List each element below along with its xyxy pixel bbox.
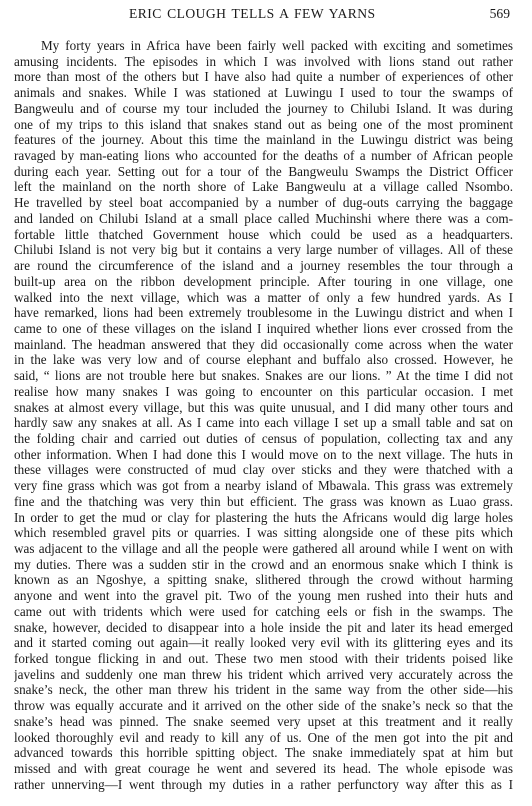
text-line: in the lake was very low and of course e… bbox=[14, 352, 513, 368]
text-line: and landed on Chilubi Island at a small … bbox=[14, 211, 513, 227]
document-page: ERIC CLOUGH TELLS A FEW YARNS 569 My for… bbox=[0, 0, 532, 806]
text-line: snake’s neck, the other man threw his tr… bbox=[14, 682, 513, 698]
text-line: snake’s head was pinned. The snake seeme… bbox=[14, 714, 513, 730]
text-line: one of my trips to this island that snak… bbox=[14, 117, 513, 133]
text-line: was adjacent to the village and all the … bbox=[14, 541, 513, 557]
text-line: my duties. There was a sudden stir in th… bbox=[14, 557, 513, 573]
text-line: throw was equally accurate and it arrive… bbox=[14, 698, 513, 714]
text-line: walked into the next village, which was … bbox=[14, 290, 513, 306]
running-title: ERIC CLOUGH TELLS A FEW YARNS bbox=[129, 6, 376, 22]
text-line: known as an Ngoshye, a spitting snake, s… bbox=[14, 572, 513, 588]
text-line: looked thoroughly evil and ready to kill… bbox=[14, 730, 513, 746]
text-line: very fine grass which was got from a nea… bbox=[14, 478, 513, 494]
text-line: mainland. The headman answered that they… bbox=[14, 337, 513, 353]
text-line: are round the circumference of the islan… bbox=[14, 258, 513, 274]
text-line: amusing incidents. The episodes in which… bbox=[14, 54, 513, 70]
text-line: during each year. Setting out for a tour… bbox=[14, 164, 513, 180]
text-line: built-up area on the ribbon development … bbox=[14, 274, 513, 290]
text-line: ravaged by man-eating lions who accounte… bbox=[14, 148, 513, 164]
text-line: other information. When I had done this … bbox=[14, 447, 513, 463]
text-line: realise how many snakes I was going to e… bbox=[14, 384, 513, 400]
text-line: came to one of these villages on the isl… bbox=[14, 321, 513, 337]
text-line: forked tongue flicking in and out. These… bbox=[14, 651, 513, 667]
text-line: said, “ lions are not trouble here but s… bbox=[14, 368, 513, 384]
text-line: hardly saw any snakes at all. As I came … bbox=[14, 415, 513, 431]
page-number: 569 bbox=[490, 6, 510, 22]
text-line: fortable little thatched Government hous… bbox=[14, 227, 513, 243]
text-line: He travelled by steel boat accompanied b… bbox=[14, 195, 513, 211]
text-line: javelins and suddenly one man threw his … bbox=[14, 667, 513, 683]
text-line: and it started coming out again—it reall… bbox=[14, 635, 513, 651]
body-paragraph: My forty years in Africa have been fairl… bbox=[14, 38, 513, 793]
text-line: fine and the thatching was very thin but… bbox=[14, 494, 513, 510]
text-line: left the mainland on the north shore of … bbox=[14, 179, 513, 195]
text-line: Chilubi Island is not very big but it co… bbox=[14, 242, 513, 258]
text-line: these villages were constructed of mud c… bbox=[14, 462, 513, 478]
text-line: missed and with great courage he went an… bbox=[14, 761, 513, 777]
text-line: which resembled gravel pits or quarries.… bbox=[14, 525, 513, 541]
text-line: came out with tridents which were used f… bbox=[14, 604, 513, 620]
text-line: have remarked, lions had been extremely … bbox=[14, 305, 513, 321]
text-line: snakes at almost every village, but this… bbox=[14, 400, 513, 416]
text-line: In order to get the mud or clay for plas… bbox=[14, 510, 513, 526]
text-line: animals and snakes. While I was statione… bbox=[14, 85, 513, 101]
text-line: the folding chair and carried out duties… bbox=[14, 431, 513, 447]
text-line: advanced towards this horrible spitting … bbox=[14, 745, 513, 761]
print-speck bbox=[439, 779, 441, 781]
text-line: snake, however, decided to disappear int… bbox=[14, 620, 513, 636]
running-head: ERIC CLOUGH TELLS A FEW YARNS 569 bbox=[0, 6, 532, 24]
text-line: anyone and went into the gravel pit. Two… bbox=[14, 588, 513, 604]
text-line: more than most of the others but I have … bbox=[14, 69, 513, 85]
text-line: features of the journey. About this time… bbox=[14, 132, 513, 148]
text-line: My forty years in Africa have been fairl… bbox=[14, 38, 513, 54]
text-line: Bangweulu and of course my tour included… bbox=[14, 101, 513, 117]
